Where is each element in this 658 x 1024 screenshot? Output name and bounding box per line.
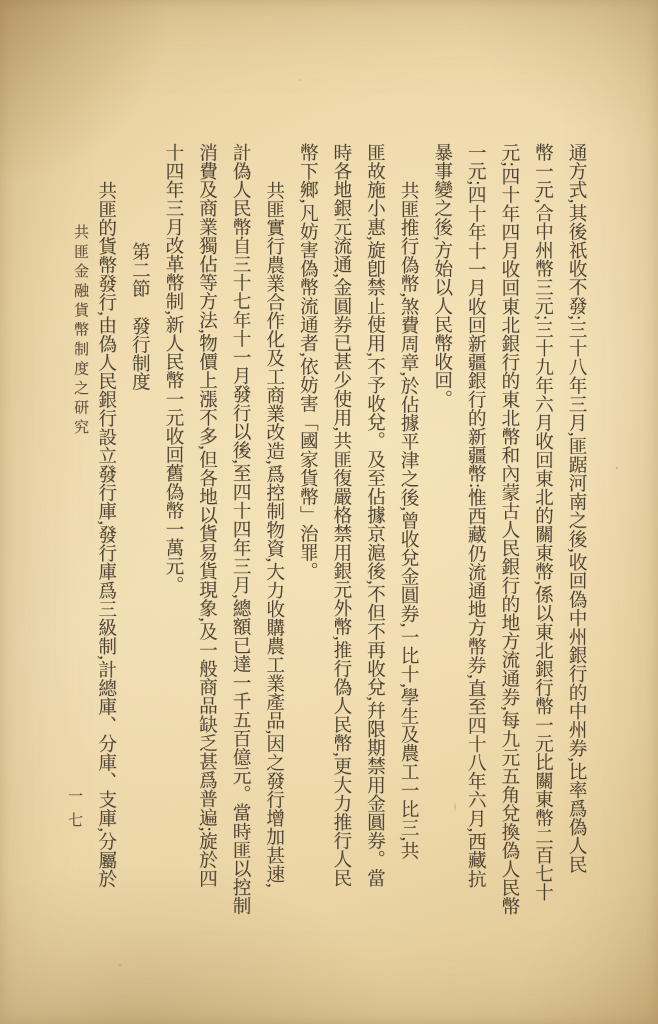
text-column: 計偽人民幣自三十七年十一月發行以後,至四十四年三月,總額已達一千五百億元。當時匪… — [223, 143, 257, 945]
text-column: 幣下鄉,凡妨害偽幣流通者,依妨害「國家貨幣」治罪。 — [291, 143, 325, 945]
text-column: 共匪實行農業合作化及工商業改造,爲控制物資,大力收購農工業產品,因之發行增加甚速… — [257, 143, 291, 945]
text-column: 匪故施小惠,旋卽禁止使用,不予收兌。及至佔據京滬後,不但不再收兌,幷限期禁用金圓… — [358, 143, 392, 945]
text-column: 消費及商業獨佔等方法,物價上漲不多,但各地以貨易貨現象,及一般商品缺乏甚爲普遍;… — [190, 143, 224, 945]
main-text-block: 通方式,其後祇收不發;三十八年三月,匪踞河南之後,收回偽中州銀行的中州券,比率爲… — [89, 143, 593, 945]
text-column: 一元;四十年十一月收回新疆銀行的新疆幣:惟西藏仍流通地方幣券,直至四十八年六月,… — [459, 143, 493, 945]
text-column: 共匪推行偽幣,煞費周章,於佔據平津之後,曾收兌金圓券,一比十,學生及農工一比三,… — [391, 143, 425, 945]
text-column: 元;四十年四月收回東北銀行的東北幣和內蒙古人民銀行的地方流通券,每九元五角兌換偽… — [492, 143, 526, 945]
page-number: 一七 — [64, 788, 85, 836]
text-column: 共匪的貨幣發行,由偽人民銀行設立發行庫,發行庫爲三級制,計總庫、分庫、支庫,分屬… — [89, 143, 123, 945]
text-column: 幣一元,合中州幣三元;三十九年六月收回東北的關東幣,係以東北銀行幣一元比關東幣二… — [526, 143, 560, 945]
text-column: 暴事變之後,方始以人民幣收回。 — [425, 143, 459, 945]
text-column: 時各地銀元流通,金圓券已甚少使用,共匪復嚴格禁用銀元外幣,推行偽人民幣,更大力推… — [324, 143, 358, 945]
section-heading: 第二節 發行制度 — [123, 143, 157, 945]
text-column: 通方式,其後祇收不發;三十八年三月,匪踞河南之後,收回偽中州銀行的中州券,比率爲… — [559, 143, 593, 945]
running-title: 共匪金融貨幣制度之研究 — [70, 224, 91, 439]
text-column: 十四年三月改革幣制,新人民幣一元收回舊偽幣一萬元。 — [156, 143, 190, 945]
scanned-page: 通方式,其後祇收不發;三十八年三月,匪踞河南之後,收回偽中州銀行的中州券,比率爲… — [0, 0, 658, 1024]
